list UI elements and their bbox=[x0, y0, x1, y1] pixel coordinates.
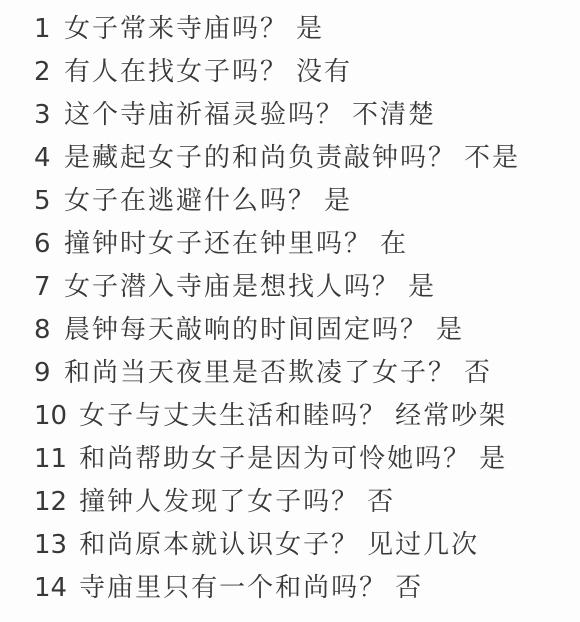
answer-text: 是 bbox=[296, 14, 324, 44]
answer-text: 见过几次 bbox=[367, 530, 479, 560]
qa-line-6: 6撞钟时女子还在钟里吗？在 bbox=[34, 223, 570, 266]
line-number: 7 bbox=[34, 266, 52, 309]
qa-list: 1女子常来寺庙吗？是 2有人在找女子吗？没有 3这个寺庙祈福灵验吗？不清楚 4是… bbox=[34, 8, 570, 610]
answer-text: 否 bbox=[464, 358, 492, 388]
qa-line-1: 1女子常来寺庙吗？是 bbox=[34, 8, 570, 51]
qa-line-4: 4是藏起女子的和尚负责敲钟吗？不是 bbox=[34, 137, 570, 180]
answer-text: 没有 bbox=[296, 57, 352, 87]
line-number: 6 bbox=[34, 223, 52, 266]
question-text: 女子潜入寺庙是想找人吗？ bbox=[64, 272, 400, 302]
line-number: 12 bbox=[34, 481, 67, 524]
question-text: 和尚原本就认识女子？ bbox=[79, 530, 359, 560]
answer-text: 经常吵架 bbox=[395, 401, 507, 431]
question-text: 这个寺庙祈福灵验吗？ bbox=[64, 100, 344, 130]
line-number: 10 bbox=[34, 395, 67, 438]
question-text: 女子常来寺庙吗？ bbox=[64, 14, 288, 44]
qa-line-3: 3这个寺庙祈福灵验吗？不清楚 bbox=[34, 94, 570, 137]
line-number: 14 bbox=[34, 567, 67, 610]
line-number: 1 bbox=[34, 8, 52, 51]
qa-line-9: 9和尚当天夜里是否欺凌了女子？否 bbox=[34, 352, 570, 395]
line-number: 9 bbox=[34, 352, 52, 395]
question-text: 是藏起女子的和尚负责敲钟吗？ bbox=[64, 143, 456, 173]
answer-text: 是 bbox=[324, 186, 352, 216]
line-number: 8 bbox=[34, 309, 52, 352]
answer-text: 是 bbox=[408, 272, 436, 302]
line-number: 13 bbox=[34, 524, 67, 567]
question-text: 有人在找女子吗？ bbox=[64, 57, 288, 87]
answer-text: 不清楚 bbox=[352, 100, 436, 130]
qa-line-5: 5女子在逃避什么吗？是 bbox=[34, 180, 570, 223]
qa-line-14: 14寺庙里只有一个和尚吗？否 bbox=[34, 567, 570, 610]
question-text: 女子在逃避什么吗？ bbox=[64, 186, 316, 216]
answer-text: 在 bbox=[380, 229, 408, 259]
question-text: 撞钟时女子还在钟里吗？ bbox=[64, 229, 372, 259]
qa-line-12: 12撞钟人发现了女子吗？否 bbox=[34, 481, 570, 524]
qa-line-2: 2有人在找女子吗？没有 bbox=[34, 51, 570, 94]
line-number: 2 bbox=[34, 51, 52, 94]
question-text: 女子与丈夫生活和睦吗？ bbox=[79, 401, 387, 431]
line-number: 3 bbox=[34, 94, 52, 137]
qa-line-10: 10女子与丈夫生活和睦吗？经常吵架 bbox=[34, 395, 570, 438]
answer-text: 是 bbox=[436, 315, 464, 345]
qa-line-13: 13和尚原本就认识女子？见过几次 bbox=[34, 524, 570, 567]
answer-text: 不是 bbox=[464, 143, 520, 173]
answer-text: 否 bbox=[367, 487, 395, 517]
question-text: 寺庙里只有一个和尚吗？ bbox=[79, 573, 387, 603]
line-number: 5 bbox=[34, 180, 52, 223]
qa-line-8: 8晨钟每天敲响的时间固定吗？是 bbox=[34, 309, 570, 352]
qa-document-page: 1女子常来寺庙吗？是 2有人在找女子吗？没有 3这个寺庙祈福灵验吗？不清楚 4是… bbox=[0, 0, 580, 622]
question-text: 和尚当天夜里是否欺凌了女子？ bbox=[64, 358, 456, 388]
line-number: 11 bbox=[34, 438, 67, 481]
line-number: 4 bbox=[34, 137, 52, 180]
answer-text: 否 bbox=[395, 573, 423, 603]
question-text: 晨钟每天敲响的时间固定吗？ bbox=[64, 315, 428, 345]
answer-text: 是 bbox=[479, 444, 507, 474]
qa-line-7: 7女子潜入寺庙是想找人吗？是 bbox=[34, 266, 570, 309]
question-text: 和尚帮助女子是因为可怜她吗？ bbox=[79, 444, 471, 474]
question-text: 撞钟人发现了女子吗？ bbox=[79, 487, 359, 517]
qa-line-11: 11和尚帮助女子是因为可怜她吗？是 bbox=[34, 438, 570, 481]
